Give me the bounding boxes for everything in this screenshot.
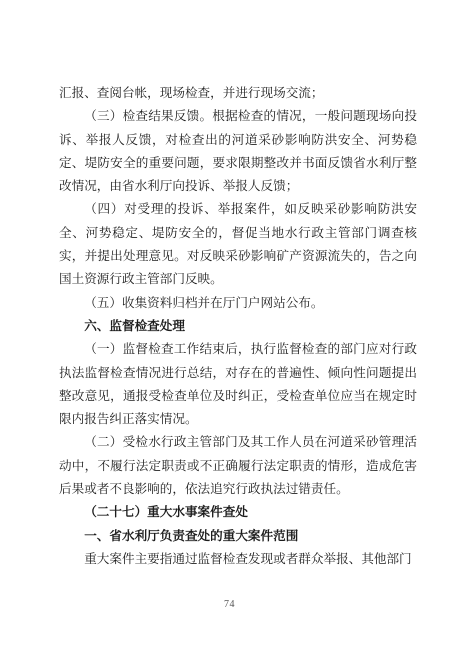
paragraph-item-5: （五）收集资料归档并在厅门户网站公布。 (59, 292, 417, 315)
paragraph-item-3: （三）检查结果反馈。根据检查的情况，一般问题现场向投诉、举报人反馈，对检查出的河… (59, 105, 417, 198)
section-heading-major-water-cases: （二十七）重大水事案件查处 (59, 501, 417, 524)
document-body: 汇报、查阅台帐，现场检查，并进行现场交流； （三）检查结果反馈。根据检查的情况，… (59, 82, 417, 571)
paragraph-item-2: （二）受检水行政主管部门及其工作人员在河道采砂管理活动中，不履行法定职责或不正确… (59, 431, 417, 501)
page-number: 74 (224, 599, 235, 610)
document-page: 汇报、查阅台帐，现场检查，并进行现场交流； （三）检查结果反馈。根据检查的情况，… (0, 0, 459, 650)
paragraph-major-cases-intro: 重大案件主要指通过监督检查发现或者群众举报、其他部门 (59, 548, 417, 571)
section-heading-case-scope: 一、省水利厅负责查处的重大案件范围 (59, 525, 417, 548)
paragraph-continuation: 汇报、查阅台帐，现场检查，并进行现场交流； (59, 82, 417, 105)
paragraph-item-4: （四）对受理的投诉、举报案件，如反映采砂影响防洪安全、河势稳定、堤防安全的，督促… (59, 198, 417, 291)
paragraph-item-1: （一）监督检查工作结束后，执行监督检查的部门应对行政执法监督检查情况进行总结，对… (59, 338, 417, 431)
page-footer: 74 (0, 594, 459, 612)
section-heading-supervision-handling: 六、监督检查处理 (59, 315, 417, 338)
